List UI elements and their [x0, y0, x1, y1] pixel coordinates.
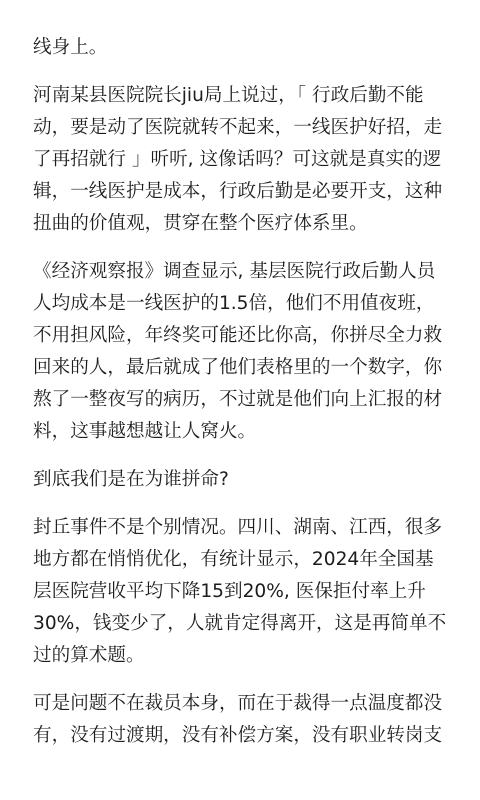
text-line: 30%，钱变少了，人就肯定得离开，这是再简单不	[33, 608, 453, 640]
text-line: 到底我们是在为谁拼命?	[33, 464, 453, 496]
text-line: 层医院营收平均下降15到20%, 医保拒付率上升	[33, 576, 453, 608]
text-line: 《经济观察报》调查显示, 基层医院行政后勤人员	[33, 256, 453, 288]
text-line: 熬了一整夜写的病历，不过就是他们向上汇报的材	[33, 384, 453, 416]
text-line: 人均成本是一线医护的1.5倍，他们不用值夜班，	[33, 288, 453, 320]
text-line: 线身上。	[33, 32, 453, 64]
text-line: 回来的人，最后就成了他们表格里的一个数字，你	[33, 352, 453, 384]
text-line: 河南某县医院院长jiu局上说过，「 行政后勤不能	[33, 80, 453, 112]
text-line: 辑，一线医护是成本，行政后勤是必要开支，这种	[33, 176, 453, 208]
text-line: 有，没有过渡期，没有补偿方案，没有职业转岗支	[33, 720, 453, 752]
paragraph-4: 到底我们是在为谁拼命?	[33, 464, 453, 496]
text-line: 扭曲的价值观，贯穿在整个医疗体系里。	[33, 208, 453, 240]
paragraph-5: 封丘事件不是个别情况。四川、湖南、江西，很多 地方都在悄悄优化，有统计显示，20…	[33, 512, 453, 672]
text-line: 了再招就行 」听听, 这像话吗？可这就是真实的逻	[33, 144, 453, 176]
article-body: 线身上。 河南某县医院院长jiu局上说过，「 行政后勤不能 动，要是动了医院就转…	[33, 32, 453, 768]
text-line: 封丘事件不是个别情况。四川、湖南、江西，很多	[33, 512, 453, 544]
text-line: 不用担风险，年终奖可能还比你高，你拼尽全力救	[33, 320, 453, 352]
paragraph-3: 《经济观察报》调查显示, 基层医院行政后勤人员 人均成本是一线医护的1.5倍，他…	[33, 256, 453, 448]
paragraph-2: 河南某县医院院长jiu局上说过，「 行政后勤不能 动，要是动了医院就转不起来，一…	[33, 80, 453, 240]
text-line: 动，要是动了医院就转不起来，一线医护好招，走	[33, 112, 453, 144]
text-line: 可是问题不在裁员本身，而在于裁得一点温度都没	[33, 688, 453, 720]
paragraph-6: 可是问题不在裁员本身，而在于裁得一点温度都没 有，没有过渡期，没有补偿方案，没有…	[33, 688, 453, 752]
text-line: 地方都在悄悄优化，有统计显示，2024年全国基	[33, 544, 453, 576]
text-line: 过的算术题。	[33, 640, 453, 672]
text-line: 料，这事越想越让人窝火。	[33, 416, 453, 448]
paragraph-1: 线身上。	[33, 32, 453, 64]
